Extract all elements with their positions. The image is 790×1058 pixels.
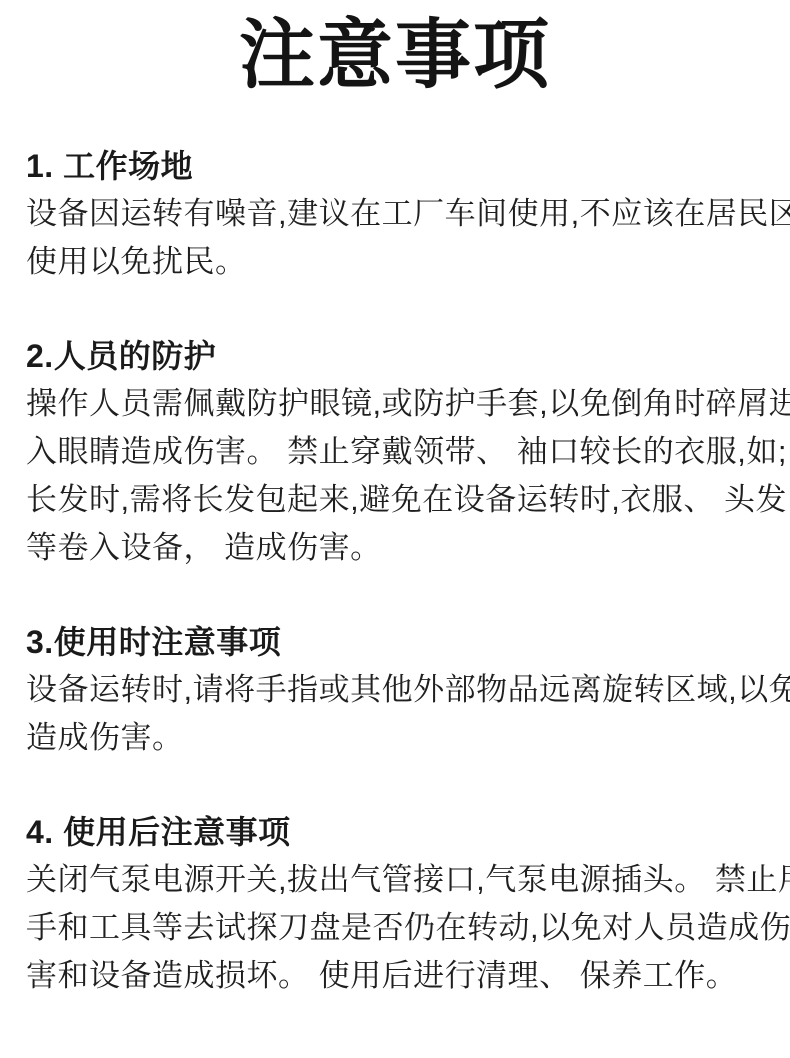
- section-work-area: 1. 工作场地 设备因运转有噪音,建议在工厂车间使用,不应该在居民区 使用以免扰…: [26, 142, 764, 286]
- section-heading: 2.人员的防护: [26, 332, 764, 380]
- section-body: 操作人员需佩戴防护眼镜,或防护手套,以免倒角时碎屑进 入眼睛造成伤害。 禁止穿戴…: [26, 380, 764, 572]
- section-body: 关闭气泵电源开关,拔出气管接口,气泵电源插头。 禁止用 手和工具等去试探刀盘是否…: [26, 856, 764, 1000]
- body-line: 入眼睛造成伤害。 禁止穿戴领带、 袖口较长的衣服,如;留: [26, 428, 764, 476]
- section-after-use: 4. 使用后注意事项 关闭气泵电源开关,拔出气管接口,气泵电源插头。 禁止用 手…: [26, 808, 764, 1000]
- section-heading: 1. 工作场地: [26, 142, 764, 190]
- section-during-use: 3.使用时注意事项 设备运转时,请将手指或其他外部物品远离旋转区域,以免 造成伤…: [26, 618, 764, 762]
- body-line: 设备运转时,请将手指或其他外部物品远离旋转区域,以免: [26, 666, 764, 714]
- page-title: 注意事项: [26, 0, 764, 96]
- body-line: 等卷入设备， 造成伤害。: [26, 524, 764, 572]
- body-line: 害和设备造成损坏。 使用后进行清理、 保养工作。: [26, 952, 764, 1000]
- section-heading: 3.使用时注意事项: [26, 618, 764, 666]
- body-line: 设备因运转有噪音,建议在工厂车间使用,不应该在居民区: [26, 190, 764, 238]
- notice-page: 注意事项 1. 工作场地 设备因运转有噪音,建议在工厂车间使用,不应该在居民区 …: [0, 0, 790, 1058]
- body-line: 造成伤害。: [26, 714, 764, 762]
- body-line: 关闭气泵电源开关,拔出气管接口,气泵电源插头。 禁止用: [26, 856, 764, 904]
- body-line: 长发时,需将长发包起来,避免在设备运转时,衣服、 头发: [26, 476, 764, 524]
- body-line: 手和工具等去试探刀盘是否仍在转动,以免对人员造成伤: [26, 904, 764, 952]
- body-line: 使用以免扰民。: [26, 238, 764, 286]
- section-personnel-protection: 2.人员的防护 操作人员需佩戴防护眼镜,或防护手套,以免倒角时碎屑进 入眼睛造成…: [26, 332, 764, 572]
- body-line: 操作人员需佩戴防护眼镜,或防护手套,以免倒角时碎屑进: [26, 380, 764, 428]
- section-body: 设备运转时,请将手指或其他外部物品远离旋转区域,以免 造成伤害。: [26, 666, 764, 762]
- section-body: 设备因运转有噪音,建议在工厂车间使用,不应该在居民区 使用以免扰民。: [26, 190, 764, 286]
- section-heading: 4. 使用后注意事项: [26, 808, 764, 856]
